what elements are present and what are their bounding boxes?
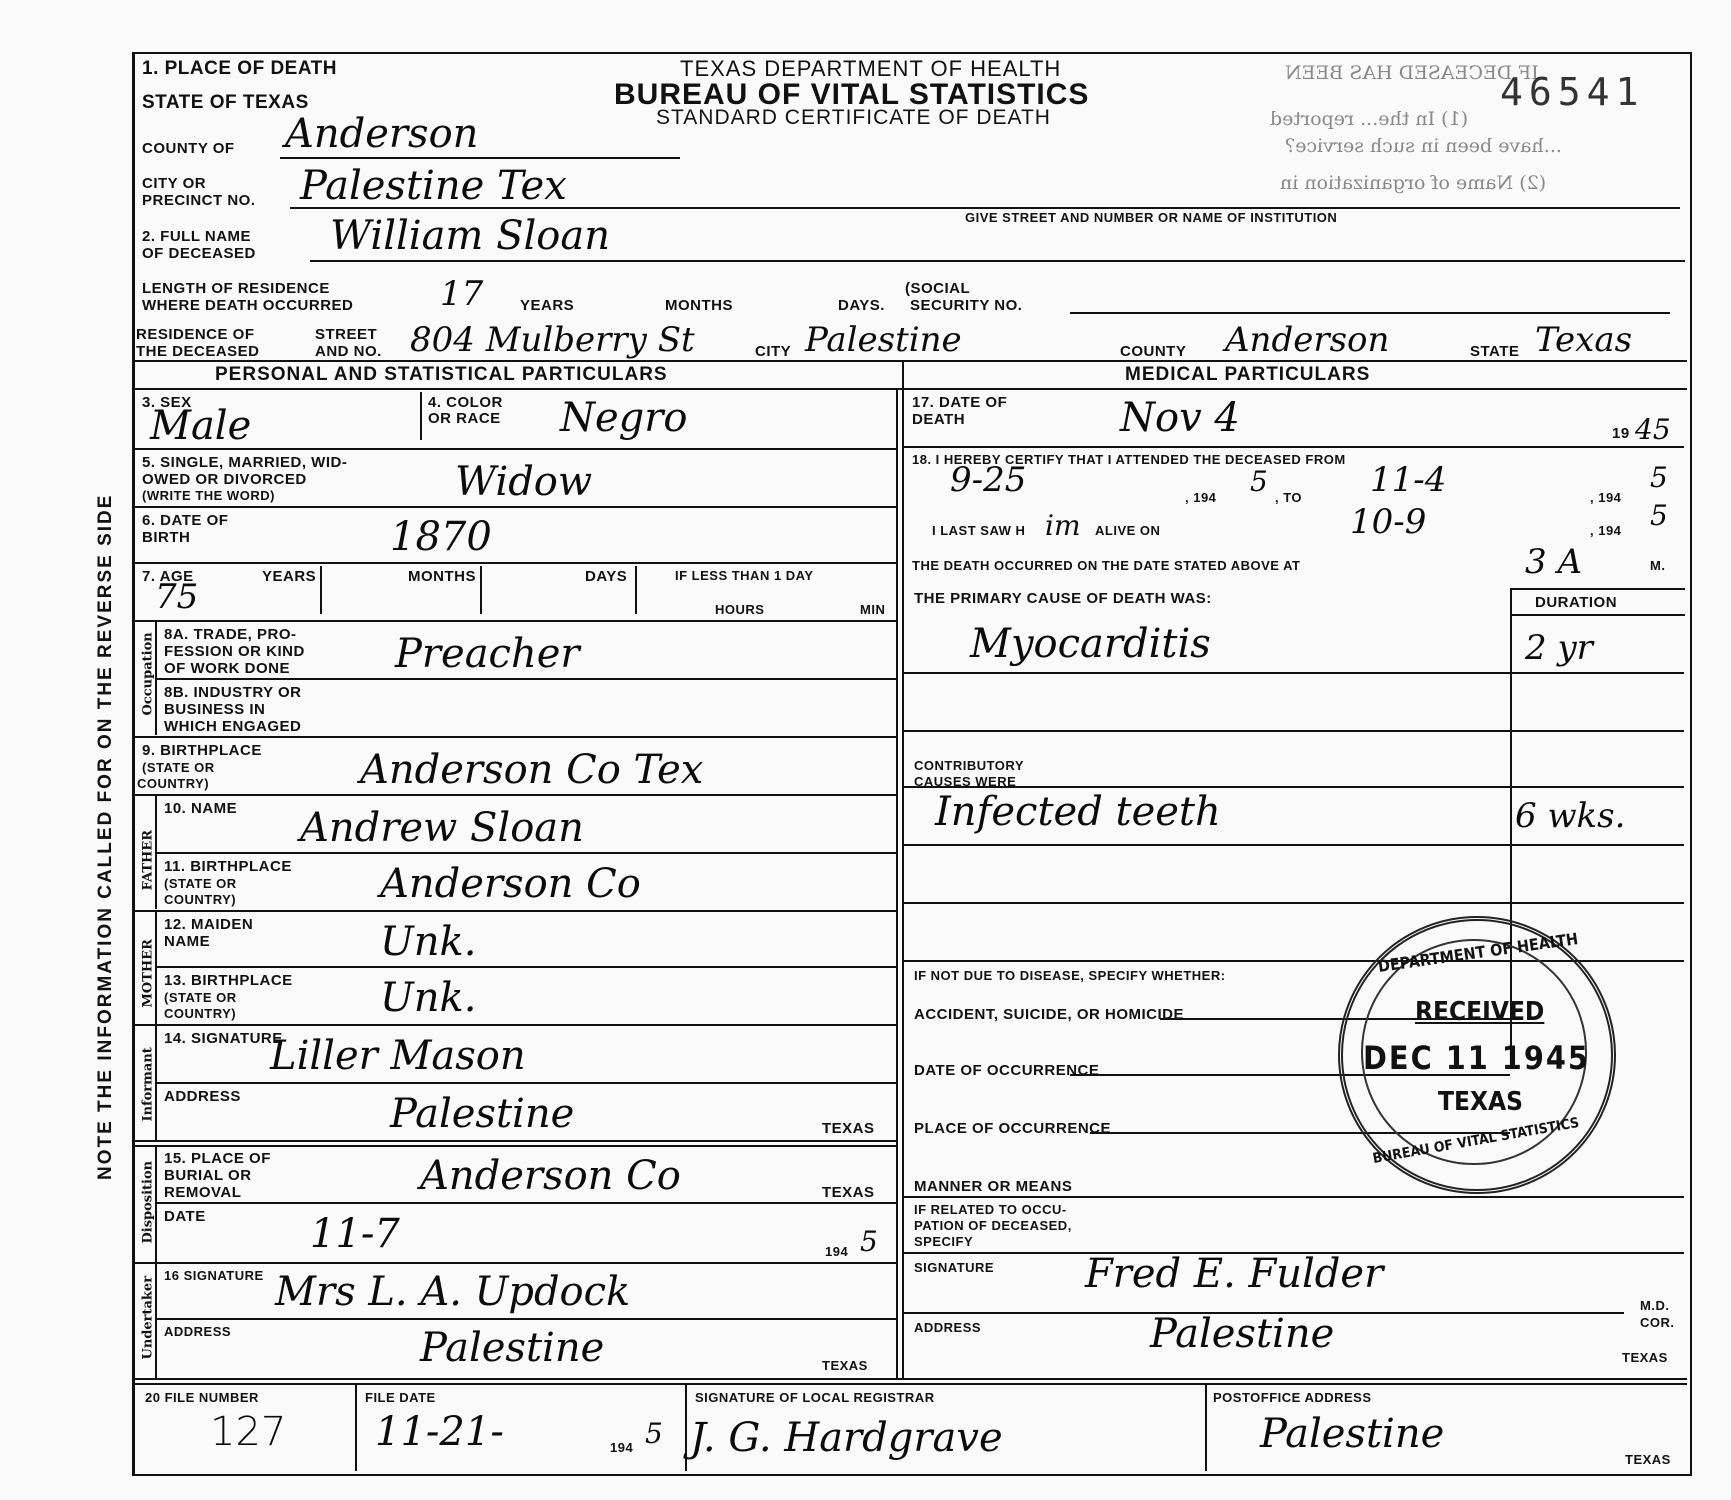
time-label: THE DEATH OCCURRED ON THE DATE STATED AB… bbox=[912, 558, 1300, 573]
residence-city-label: CITY bbox=[755, 343, 791, 360]
received-stamp: DEPARTMENT OF HEALTH RECEIVED DEC 11 194… bbox=[1338, 916, 1616, 1194]
divider bbox=[132, 360, 1687, 362]
residence-state-label: STATE bbox=[1470, 343, 1519, 360]
tab-mother: MOTHER bbox=[141, 928, 156, 1008]
divider bbox=[685, 1383, 687, 1471]
residence-label-1: RESIDENCE OF bbox=[136, 326, 255, 343]
file-date: 11-21- bbox=[375, 1410, 504, 1454]
tab-occupation: Occupation bbox=[141, 636, 156, 716]
dod-label-1: 17. DATE OF bbox=[912, 394, 1007, 411]
file-number-label: 20 FILE NUMBER bbox=[145, 1390, 259, 1405]
divider bbox=[132, 736, 896, 738]
residence-years: 17 bbox=[440, 272, 483, 316]
dob-label-1: 6. DATE OF bbox=[142, 512, 228, 529]
race-label-1: 4. COLOR bbox=[428, 394, 503, 411]
primary-cause: Myocarditis bbox=[970, 622, 1211, 666]
attended-from: 9-25 bbox=[950, 458, 1026, 502]
residence-county: Anderson bbox=[1225, 318, 1389, 362]
occurrence-place-label: PLACE OF OCCURRENCE bbox=[914, 1120, 1111, 1137]
divider bbox=[635, 566, 637, 614]
attended-from-year: 5 bbox=[1250, 460, 1268, 504]
divider bbox=[132, 388, 1687, 390]
county-value: Anderson bbox=[285, 112, 478, 156]
divider bbox=[1510, 588, 1685, 590]
divider bbox=[132, 1378, 1687, 1380]
divider bbox=[904, 730, 1684, 732]
bleed-through-text: ...have been in such service? bbox=[1285, 135, 1562, 157]
physician-address: Palestine bbox=[1150, 1312, 1334, 1356]
residence-length-label-1: LENGTH OF RESIDENCE bbox=[142, 280, 330, 297]
age-years-label: YEARS bbox=[262, 568, 316, 585]
burial-texas: TEXAS bbox=[822, 1184, 875, 1201]
occurrence-date-label: DATE OF OCCURRENCE bbox=[914, 1062, 1099, 1079]
marital-value: Widow bbox=[455, 460, 592, 504]
trade-label-3: OF WORK DONE bbox=[164, 660, 290, 677]
dod-label-2: DEATH bbox=[912, 411, 965, 428]
stamp-date: DEC 11 1945 bbox=[1363, 1039, 1590, 1077]
divider bbox=[1510, 614, 1685, 616]
dob-value: 1870 bbox=[390, 515, 492, 559]
attended-to-year-prefix: , 194 bbox=[1590, 490, 1621, 505]
burial-place: Anderson Co bbox=[420, 1154, 681, 1198]
father-birthplace-label-1: 11. BIRTHPLACE bbox=[164, 858, 292, 875]
divider bbox=[320, 566, 322, 614]
burial-date: 11-7 bbox=[310, 1212, 400, 1256]
marital-label-1: 5. SINGLE, MARRIED, WID- bbox=[142, 454, 347, 471]
dod-year-prefix: 19 bbox=[1612, 425, 1630, 442]
column-divider bbox=[902, 360, 904, 1378]
divider bbox=[155, 678, 896, 680]
physician-addr-label: ADDRESS bbox=[914, 1320, 981, 1335]
certificate-number: 46541 bbox=[1500, 70, 1644, 114]
divider bbox=[1070, 312, 1670, 314]
divider bbox=[132, 1262, 896, 1264]
duration-label: DURATION bbox=[1535, 594, 1617, 611]
marital-label-3: (WRITE THE WORD) bbox=[142, 488, 275, 503]
father-birthplace-label-3: COUNTRY) bbox=[164, 892, 236, 907]
undertaker-signature: Mrs L. A. Updock bbox=[275, 1270, 630, 1314]
burial-label-3: REMOVAL bbox=[164, 1184, 241, 1201]
divider bbox=[155, 1082, 896, 1084]
last-saw-year: 5 bbox=[1650, 494, 1668, 538]
residence-length-label-2: WHERE DEATH OCCURRED bbox=[142, 297, 353, 314]
divider bbox=[480, 566, 482, 614]
bleed-through-text: (2) Name of organization in bbox=[1280, 172, 1546, 194]
divider bbox=[132, 1140, 896, 1142]
to-label: , TO bbox=[1275, 490, 1302, 505]
burial-year-digit: 5 bbox=[860, 1220, 878, 1264]
father-name-label: 10. NAME bbox=[164, 800, 237, 817]
file-date-year: 5 bbox=[645, 1412, 663, 1456]
ssn-label-1: (SOCIAL bbox=[905, 280, 970, 297]
divider bbox=[155, 1202, 896, 1204]
county-label: COUNTY OF bbox=[142, 140, 235, 157]
mother-birthplace: Unk. bbox=[380, 976, 476, 1020]
not-disease-label: IF NOT DUE TO DISEASE, SPECIFY WHETHER: bbox=[914, 968, 1226, 983]
divider bbox=[155, 1318, 896, 1320]
file-date-year-prefix: 194 bbox=[610, 1440, 633, 1455]
informant-addr-label: ADDRESS bbox=[164, 1088, 241, 1105]
residence-street: 804 Mulberry St bbox=[410, 318, 695, 362]
form-title: STANDARD CERTIFICATE OF DEATH bbox=[656, 106, 1051, 130]
undertaker-sig-label: 16 SIGNATURE bbox=[164, 1268, 264, 1283]
age-lt-day-label: IF LESS THAN 1 DAY bbox=[675, 568, 814, 583]
age-years-value: 75 bbox=[155, 575, 198, 619]
mother-maiden: Unk. bbox=[380, 920, 476, 964]
stamp-received: RECEIVED bbox=[1415, 997, 1544, 1027]
birthplace-label-1: 9. BIRTHPLACE bbox=[142, 742, 262, 759]
race-label-2: OR RACE bbox=[428, 410, 501, 427]
informant-sig-label: 14. SIGNATURE bbox=[164, 1030, 283, 1047]
last-saw-year-prefix: , 194 bbox=[1590, 523, 1621, 538]
burial-date-label: DATE bbox=[164, 1208, 206, 1225]
divider bbox=[904, 844, 1684, 846]
tab-disposition: Disposition bbox=[141, 1164, 156, 1244]
mother-maiden-label-1: 12. MAIDEN bbox=[164, 916, 253, 933]
state-label: STATE OF TEXAS bbox=[142, 92, 309, 114]
bleed-through-text: (1) In the... reported bbox=[1270, 108, 1468, 130]
divider bbox=[904, 672, 1684, 674]
physician-signature: Fred E. Fulder bbox=[1085, 1252, 1383, 1296]
burial-label-1: 15. PLACE OF bbox=[164, 1150, 271, 1167]
attended-from-year-prefix: , 194 bbox=[1185, 490, 1216, 505]
divider bbox=[132, 506, 896, 508]
stamp-state: TEXAS bbox=[1438, 1087, 1523, 1117]
divider bbox=[155, 966, 896, 968]
time-suffix: M. bbox=[1650, 558, 1665, 573]
physician-texas: TEXAS bbox=[1622, 1350, 1668, 1365]
occupation-related-label-1: IF RELATED TO OCCU- bbox=[914, 1202, 1067, 1217]
divider bbox=[904, 786, 1684, 788]
burial-label-2: BURIAL OR bbox=[164, 1167, 252, 1184]
last-saw-date: 10-9 bbox=[1350, 500, 1426, 544]
residence-city: Palestine bbox=[805, 318, 962, 362]
name-label-1: 2. FULL NAME bbox=[142, 228, 251, 245]
manner-label: MANNER OR MEANS bbox=[914, 1178, 1072, 1195]
mother-birthplace-label-2: (STATE OR bbox=[164, 990, 237, 1005]
personal-section-title: PERSONAL AND STATISTICAL PARTICULARS bbox=[215, 364, 668, 386]
mother-maiden-label-2: NAME bbox=[164, 933, 210, 950]
last-saw-label-1: I LAST SAW H bbox=[932, 523, 1025, 538]
tab-undertaker: Undertaker bbox=[141, 1280, 156, 1360]
divider bbox=[1205, 1383, 1207, 1471]
father-birthplace-label-2: (STATE OR bbox=[164, 876, 237, 891]
city-label-2: PRECINCT NO. bbox=[142, 192, 256, 209]
street-label-2: AND NO. bbox=[315, 343, 382, 360]
marital-label-2: OWED OR DIVORCED bbox=[142, 471, 307, 488]
informant-address: Palestine bbox=[390, 1092, 574, 1136]
min-label: MIN bbox=[860, 602, 885, 617]
months-label: MONTHS bbox=[665, 297, 733, 314]
tab-informant: Informant bbox=[141, 1042, 156, 1122]
side-note: NOTE THE INFORMATION CALLED FOR ON THE R… bbox=[95, 494, 117, 1180]
occupation-related-label-3: SPECIFY bbox=[914, 1234, 973, 1249]
race-value: Negro bbox=[560, 396, 687, 440]
birthplace-label-2: (STATE OR bbox=[142, 760, 215, 775]
undertaker-texas: TEXAS bbox=[822, 1358, 868, 1373]
informant-signature: Liller Mason bbox=[270, 1034, 526, 1078]
file-date-label: FILE DATE bbox=[365, 1390, 436, 1405]
divider bbox=[355, 1383, 357, 1471]
date-of-death: Nov 4 bbox=[1120, 396, 1240, 440]
time-of-death: 3 A bbox=[1525, 540, 1582, 584]
postoffice-texas: TEXAS bbox=[1625, 1452, 1671, 1467]
divider bbox=[132, 910, 896, 912]
cor-label: COR. bbox=[1640, 1315, 1675, 1330]
file-number: 127 bbox=[210, 1410, 286, 1454]
birthplace-label-3: COUNTRY) bbox=[137, 776, 209, 791]
divider bbox=[132, 794, 896, 796]
divider bbox=[420, 392, 422, 440]
residence-county-label: COUNTY bbox=[1120, 343, 1186, 360]
tab-father: FATHER bbox=[141, 811, 156, 891]
registrar-signature: J. G. Hardgrave bbox=[690, 1416, 1003, 1460]
postoffice-label: POSTOFFICE ADDRESS bbox=[1213, 1390, 1372, 1405]
city-label-1: CITY OR bbox=[142, 175, 206, 192]
md-label: M.D. bbox=[1640, 1298, 1669, 1313]
divider bbox=[132, 448, 896, 450]
name-label-2: OF DECEASED bbox=[142, 245, 256, 262]
divider bbox=[132, 620, 896, 622]
divider bbox=[904, 902, 1684, 904]
accident-label: ACCIDENT, SUICIDE, OR HOMICIDE bbox=[914, 1006, 1184, 1023]
trade-label-1: 8A. TRADE, PRO- bbox=[164, 626, 297, 643]
sex-value: Male bbox=[150, 404, 251, 448]
street-hint: GIVE STREET AND NUMBER OR NAME OF INSTIT… bbox=[965, 210, 1337, 225]
last-saw-pronoun: im bbox=[1045, 504, 1081, 548]
industry-label-2: BUSINESS IN bbox=[164, 701, 265, 718]
divider bbox=[155, 852, 896, 854]
trade-label-2: FESSION OR KIND bbox=[164, 643, 305, 660]
burial-year-prefix: 194 bbox=[825, 1244, 848, 1259]
divider bbox=[280, 157, 680, 159]
age-months-label: MONTHS bbox=[408, 568, 476, 585]
undertaker-addr-label: ADDRESS bbox=[164, 1324, 231, 1339]
occupation-related-label-2: PATION OF DECEASED, bbox=[914, 1218, 1072, 1233]
divider bbox=[132, 562, 896, 564]
divider bbox=[132, 1383, 1687, 1385]
contrib-label-1: CONTRIBUTORY bbox=[914, 758, 1024, 773]
primary-duration: 2 yr bbox=[1525, 626, 1593, 670]
trade-value: Preacher bbox=[395, 632, 580, 676]
industry-label-1: 8B. INDUSTRY OR bbox=[164, 684, 302, 701]
city-value: Palestine Tex bbox=[300, 164, 567, 208]
postoffice-value: Palestine bbox=[1260, 1412, 1444, 1456]
residence-state: Texas bbox=[1535, 318, 1632, 362]
attended-to: 11-4 bbox=[1370, 458, 1446, 502]
divider bbox=[904, 1196, 1684, 1198]
divider bbox=[132, 1024, 896, 1026]
physician-sig-label: SIGNATURE bbox=[914, 1260, 994, 1275]
last-saw-label-2: ALIVE ON bbox=[1095, 523, 1160, 538]
father-birthplace: Anderson Co bbox=[380, 862, 641, 906]
contributory-duration: 6 wks. bbox=[1515, 794, 1625, 838]
father-name: Andrew Sloan bbox=[300, 806, 584, 850]
hours-label: HOURS bbox=[715, 602, 764, 617]
days-label: DAYS. bbox=[838, 297, 885, 314]
medical-section-title: MEDICAL PARTICULARS bbox=[1125, 364, 1370, 386]
column-divider bbox=[896, 388, 898, 1378]
mother-birthplace-label-1: 13. BIRTHPLACE bbox=[164, 972, 293, 989]
age-days-label: DAYS bbox=[585, 568, 627, 585]
divider bbox=[310, 260, 1685, 262]
street-label-1: STREET bbox=[315, 326, 377, 343]
undertaker-address: Palestine bbox=[420, 1326, 604, 1370]
years-label: YEARS bbox=[520, 297, 574, 314]
divider bbox=[132, 1145, 896, 1147]
dob-label-2: BIRTH bbox=[142, 529, 190, 546]
registrar-label: SIGNATURE OF LOCAL REGISTRAR bbox=[695, 1390, 935, 1405]
mother-birthplace-label-3: COUNTRY) bbox=[164, 1006, 236, 1021]
divider bbox=[904, 446, 1684, 448]
divider bbox=[290, 207, 1680, 209]
ssn-label-2: SECURITY NO. bbox=[910, 297, 1022, 314]
birthplace-value: Anderson Co Tex bbox=[360, 748, 703, 792]
contributory-cause: Infected teeth bbox=[935, 790, 1221, 834]
deceased-name: William Sloan bbox=[330, 214, 610, 258]
informant-texas: TEXAS bbox=[822, 1120, 875, 1137]
industry-label-3: WHICH ENGAGED bbox=[164, 718, 301, 735]
primary-cause-label: THE PRIMARY CAUSE OF DEATH WAS: bbox=[914, 590, 1212, 607]
residence-label-2: THE DECEASED bbox=[136, 343, 260, 360]
place-of-death-label: 1. PLACE OF DEATH bbox=[142, 58, 337, 80]
